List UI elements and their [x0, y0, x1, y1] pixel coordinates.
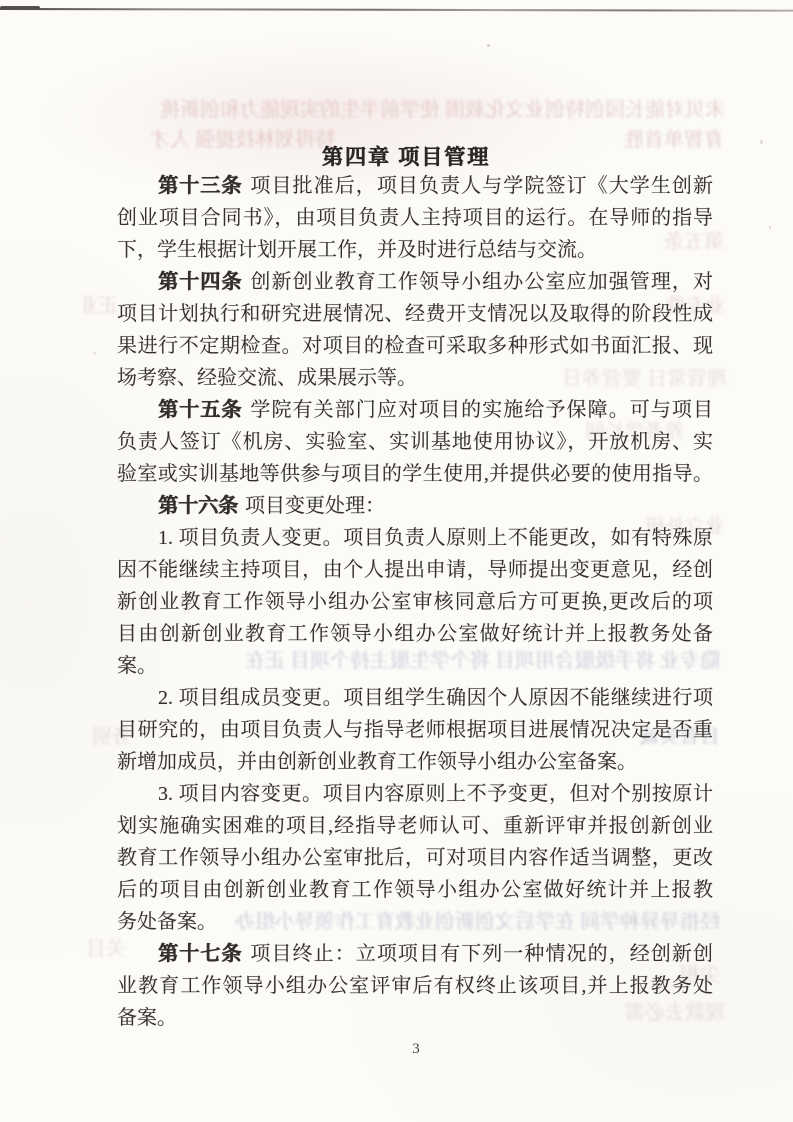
bleedthrough-text: 未贝对能长园创特创业文化载围 使学前半生的实现能力和创新挑 [85, 97, 725, 123]
body-line: 新创业教育工作领导小组办公室审核同意后方可更换,更改后的项 [117, 586, 713, 618]
scan-speck [769, 226, 771, 229]
body-line: 第十七条 项目终止：立项项目有下列一种情况的，经创新创 [117, 938, 713, 970]
scanned-document-page: { "page": { "chapter_title": "第四章 项目管理",… [0, 0, 793, 1122]
body-line: 创业项目合同书》，由项目负责人主持项目的运行。在导师的指导 [117, 202, 713, 234]
body-line: 项目计划执行和研究进展情况、经费开支情况以及取得的阶段性成 [117, 298, 713, 330]
body-line: 新增加成员，并由创新创业教育工作领导小组办公室备案。 [117, 746, 713, 778]
body-line: 1. 项目负责人变更。项目负责人原则上不能更改，如有特殊原 [117, 522, 713, 554]
scan-edge-line [0, 8, 793, 12]
scan-speck [487, 44, 490, 47]
chapter-title: 第四章 项目管理 [108, 141, 704, 169]
body-line: 教育工作领导小组办公室审批后，可对项目内容作适当调整，更改 [117, 842, 713, 874]
page-number: 3 [404, 1041, 428, 1058]
body-line: 3. 项目内容变更。项目内容原则上不予变更，但对个别按原计 [117, 778, 713, 810]
body-line: 目由创新创业教育工作领导小组办公室做好统计并上报教务处备 [117, 618, 713, 650]
body-line: 果进行不定期检查。对项目的检查可采取多种形式如书面汇报、现 [117, 330, 713, 362]
body-line: 第十六条 项目变更处理： [117, 490, 713, 522]
body-line: 第十三条 项目批准后，项目负责人与学院签订《大学生创新 [117, 170, 713, 202]
body-line: 因不能继续主持项目，由个人提出申请，导师提出变更意见，经创 [117, 554, 713, 586]
article-number: 第十七条 [158, 943, 242, 965]
article-number: 第十六条 [158, 495, 238, 517]
body-line: 第十四条 创新创业教育工作领导小组办公室应加强管理，对 [117, 266, 713, 298]
body-line: 案。 [117, 650, 713, 682]
paper-background: 未贝对能长园创特创业文化载围 使学前半生的实现能力和创新挑 特得划林技提强 人才… [0, 0, 793, 1122]
body-line: 备案。 [117, 1002, 713, 1034]
body-line: 务处备案。 [117, 906, 713, 938]
body-line: 2. 项目组成员变更。项目组学生确因个人原因不能继续进行项 [117, 682, 713, 714]
scan-speck [760, 140, 763, 144]
article-number: 第十三条 [158, 175, 242, 197]
body-line: 验室或实训基地等供参与项目的学生使用,并提供必要的使用指导。 [117, 458, 713, 490]
body-line: 后的项目由创新创业教育工作领导小组办公室做好统计并上报教 [117, 874, 713, 906]
body-line: 目研究的，由项目负责人与指导老师根据项目进展情况决定是否重 [117, 714, 713, 746]
article-number: 第十四条 [158, 271, 242, 293]
body-line: 第十五条 学院有关部门应对项目的实施给予保障。可与项目 [117, 394, 713, 426]
body-line: 下，学生根据计划开展工作，并及时进行总结与交流。 [117, 234, 713, 266]
scan-edge-corner [0, 6, 40, 10]
body-line: 负责人签订《机房、实验室、实训基地使用协议》，开放机房、实 [117, 426, 713, 458]
body-line: 场考察、经验交流、成果展示等。 [117, 362, 713, 394]
document-body: 第十三条 项目批准后，项目负责人与学院签订《大学生创新 创业项目合同书》，由项目… [117, 170, 713, 1034]
body-line: 业教育工作领导小组办公室评审后有权终止该项目,并上报教务处 [117, 970, 713, 1002]
article-number: 第十五条 [158, 399, 242, 421]
body-line: 划实施确实困难的项目,经指导老师认可、重新评审并报创新创业 [117, 810, 713, 842]
bleedthrough-text: 正业 [84, 293, 118, 319]
scan-speck [93, 352, 96, 354]
